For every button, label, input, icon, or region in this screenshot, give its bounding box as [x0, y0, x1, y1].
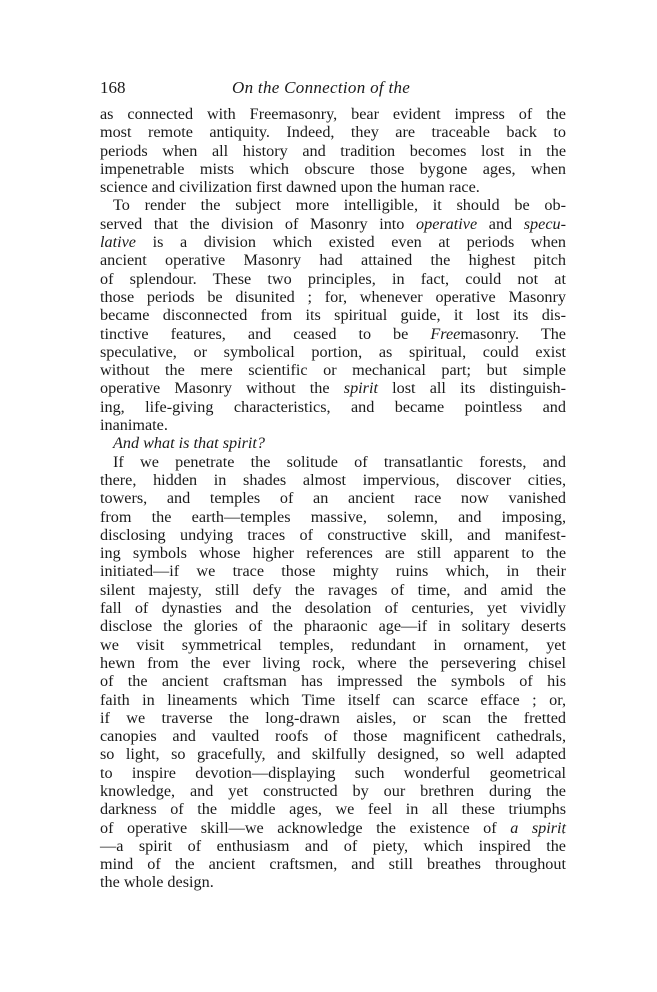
text-line: most remote antiquity. Indeed, they are … [100, 123, 566, 141]
text-line: hewn from the ever living rock, where th… [100, 654, 566, 672]
text-line: impenetrable mists which obscure those b… [100, 160, 566, 178]
text-line: darkness of the middle ages, we feel in … [100, 800, 566, 818]
text-line: To render the subject more intelligible,… [100, 196, 566, 214]
text-line: lative is a division which existed even … [100, 233, 566, 251]
text-line: towers, and temples of an ancient race n… [100, 489, 566, 507]
text-line: mind of the ancient craftsmen, and still… [100, 855, 566, 873]
text-line: ancient operative Masonry had attained t… [100, 251, 566, 269]
text-line: disclosing undying traces of constructiv… [100, 526, 566, 544]
text-line: ing, life-giving characteristics, and be… [100, 398, 566, 416]
text-line: ing symbols whose higher references are … [100, 544, 566, 562]
running-head: On the Connection of the [232, 78, 410, 98]
text-line: without the mere scientific or mechanica… [100, 361, 566, 379]
page-number: 168 [100, 78, 126, 98]
text-line: served that the division of Masonry into… [100, 215, 566, 233]
text-line: we visit symmetrical temples, redundant … [100, 636, 566, 654]
text-line: —a spirit of enthusiasm and of piety, wh… [100, 837, 566, 855]
text-line: canopies and vaulted roofs of those magn… [100, 727, 566, 745]
text-line: speculative, or symbolical portion, as s… [100, 343, 566, 361]
body-text: as connected with Freemasonry, bear evid… [100, 105, 566, 892]
text-line: tinctive features, and ceased to be Free… [100, 325, 566, 343]
text-line: initiated—if we trace those mighty ruins… [100, 562, 566, 580]
text-line: of operative skill—we acknowledge the ex… [100, 819, 566, 837]
text-line: operative Masonry without the spirit los… [100, 379, 566, 397]
text-line: to inspire devotion—displaying such wond… [100, 764, 566, 782]
text-line: faith in lineaments which Time itself ca… [100, 691, 566, 709]
text-line: disclose the glories of the pharaonic ag… [100, 617, 566, 635]
text-line: as connected with Freemasonry, bear evid… [100, 105, 566, 123]
text-line: so light, so gracefully, and skilfully d… [100, 745, 566, 763]
text-line: fall of dynasties and the desolation of … [100, 599, 566, 617]
text-line: If we penetrate the solitude of transatl… [100, 453, 566, 471]
text-line: from the earth—temples massive, solemn, … [100, 508, 566, 526]
text-line: of the ancient craftsman has impressed t… [100, 672, 566, 690]
text-line: knowledge, and yet constructed by our br… [100, 782, 566, 800]
text-line: And what is that spirit? [100, 434, 566, 452]
text-line: became disconnected from its spiritual g… [100, 306, 566, 324]
text-line: there, hidden in shades almost imperviou… [100, 471, 566, 489]
text-line: science and civilization first dawned up… [100, 178, 566, 196]
text-line: silent majesty, still defy the ravages o… [100, 581, 566, 599]
text-line: if we traverse the long-drawn aisles, or… [100, 709, 566, 727]
text-line: of splendour. These two principles, in f… [100, 270, 566, 288]
margin-mark: : [562, 826, 565, 837]
text-line: the whole design. [100, 873, 566, 891]
text-line: those periods be disunited ; for, whenev… [100, 288, 566, 306]
text-line: periods when all history and tradition b… [100, 142, 566, 160]
text-line: inanimate. [100, 416, 566, 434]
